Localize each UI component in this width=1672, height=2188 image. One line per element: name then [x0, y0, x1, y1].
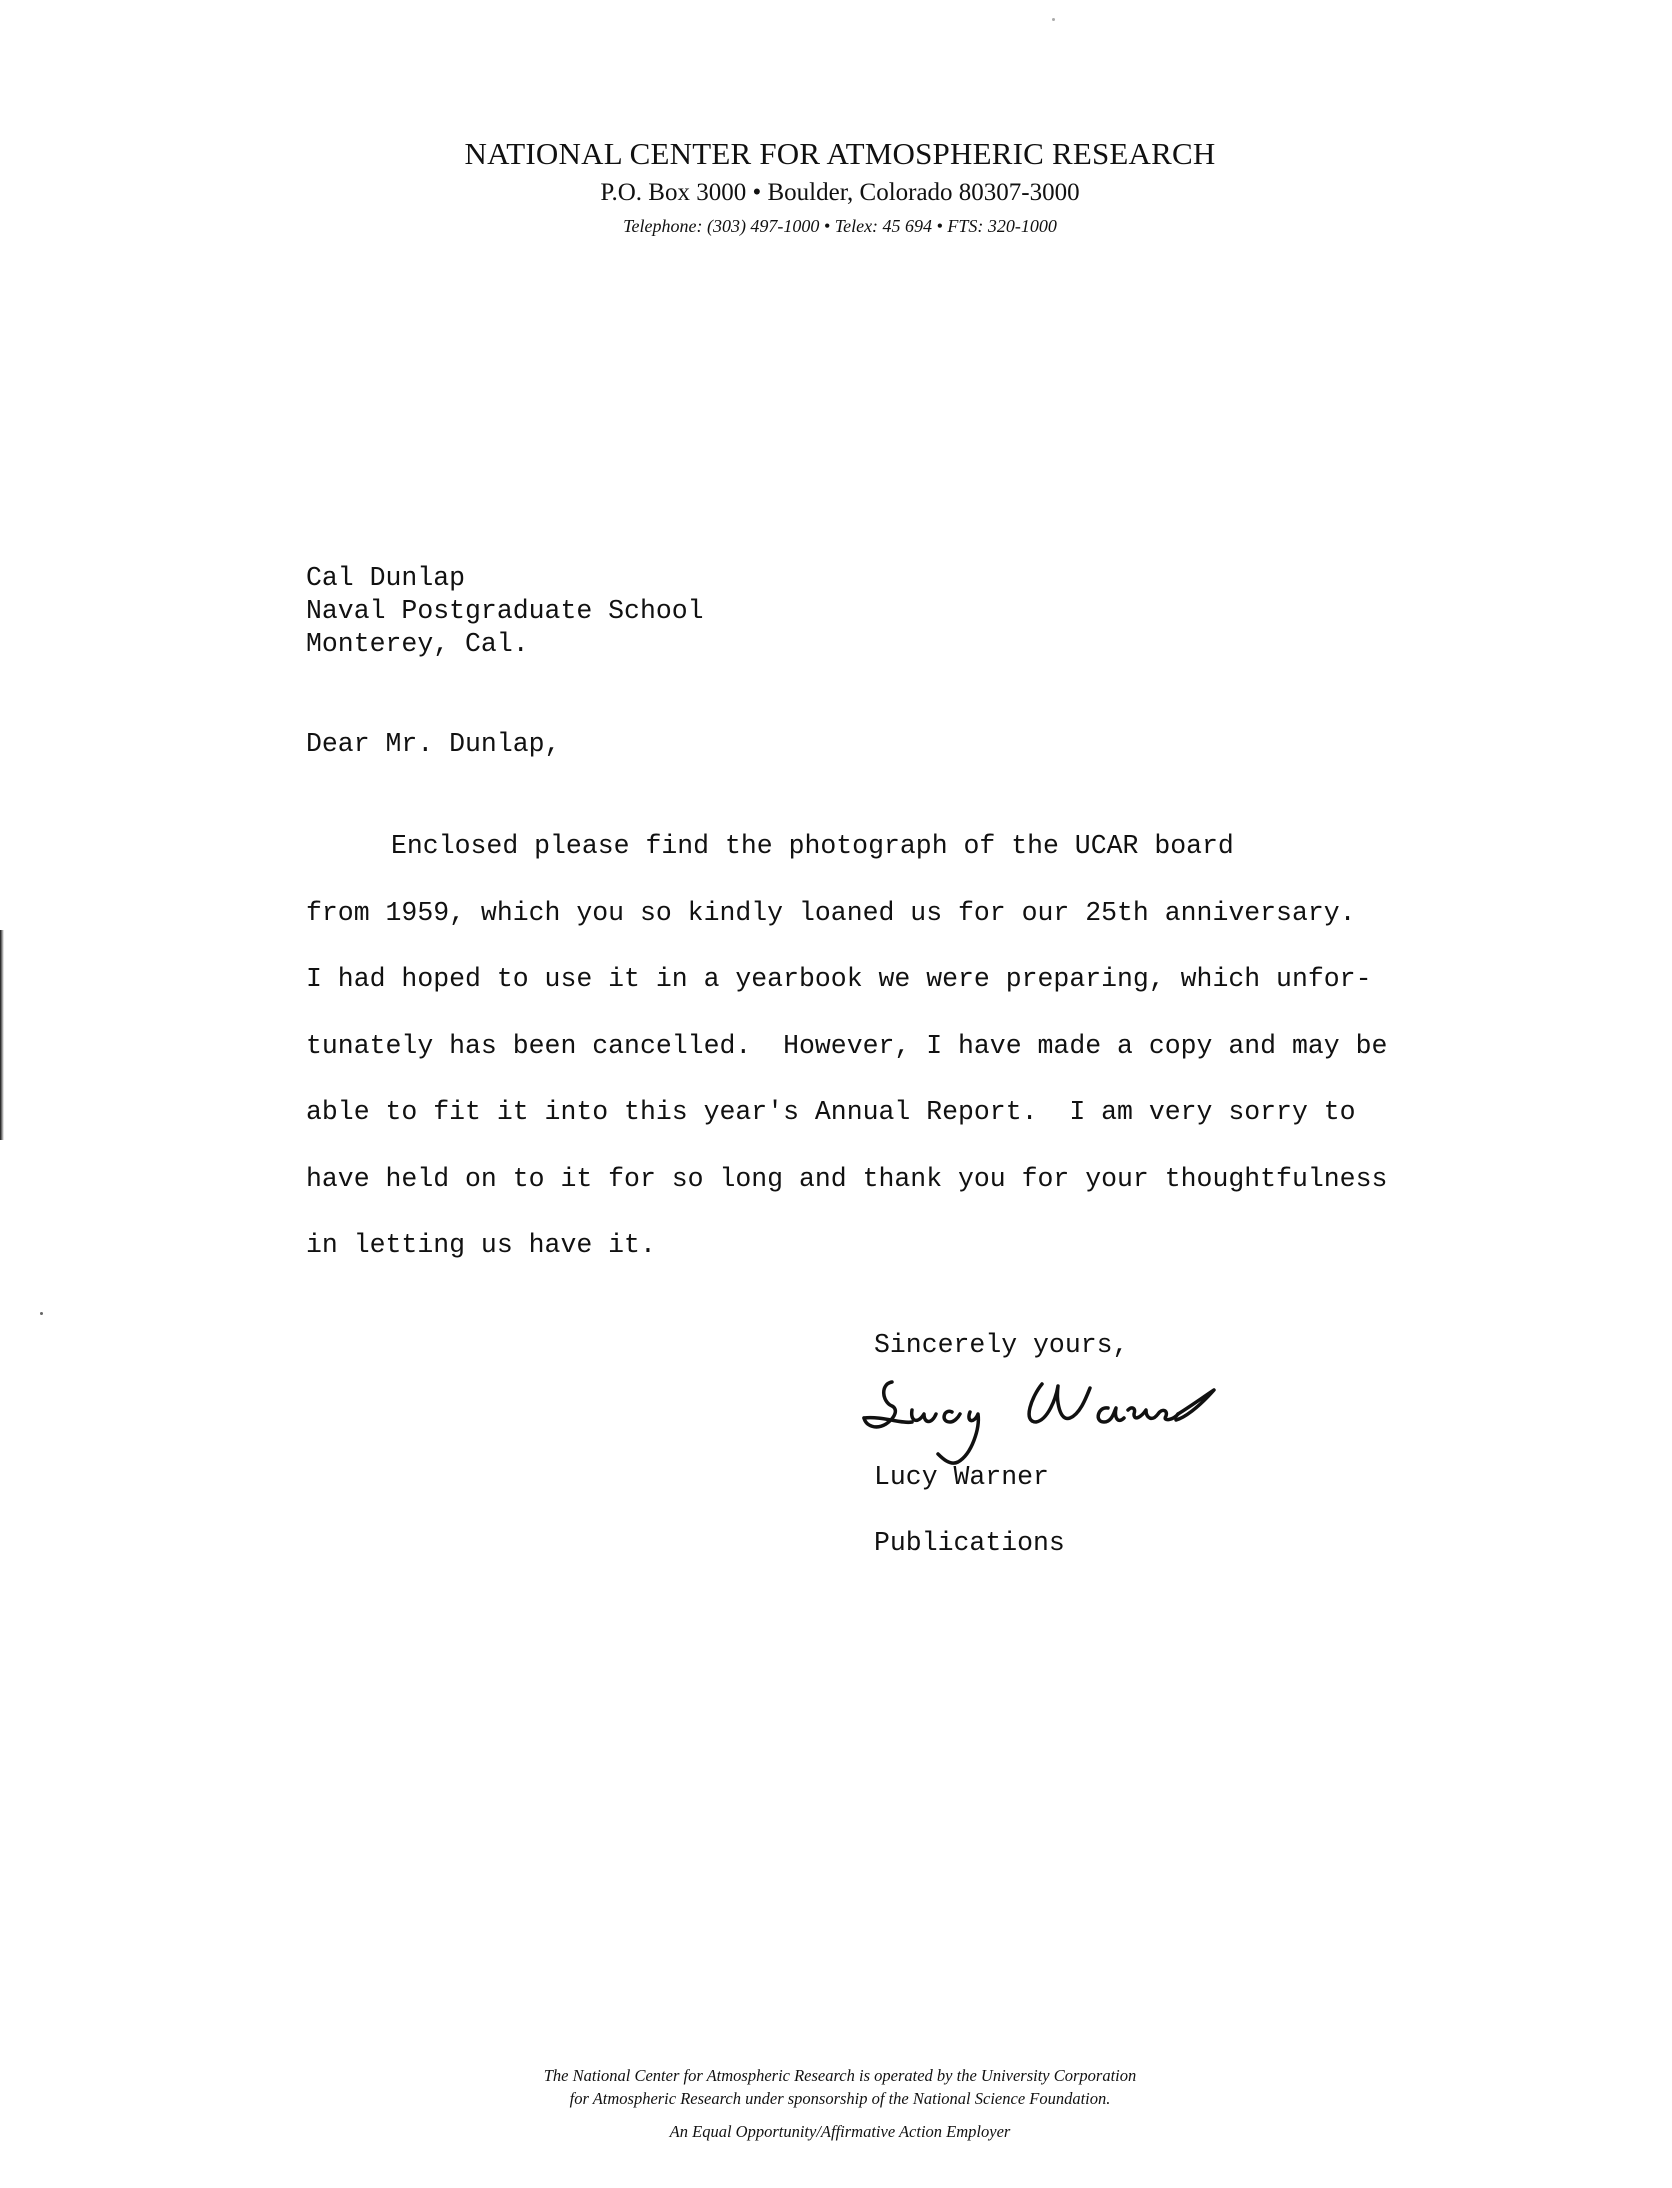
scan-speck: [40, 1312, 43, 1315]
organization-contact: Telephone: (303) 497-1000 • Telex: 45 69…: [440, 212, 1240, 240]
footer-operator-line: The National Center for Atmospheric Rese…: [440, 2064, 1240, 2087]
recipient-block: Cal Dunlap Naval Postgraduate School Mon…: [306, 562, 704, 661]
body-line: I had hoped to use it in a yearbook we w…: [306, 963, 1446, 1030]
footer-sponsor-line: for Atmospheric Research under sponsorsh…: [440, 2087, 1240, 2110]
organization-name: NATIONAL CENTER FOR ATMOSPHERIC RESEARCH: [440, 134, 1240, 174]
closing: Sincerely yours,: [874, 1330, 1128, 1360]
body-line: tunately has been cancelled. However, I …: [306, 1030, 1446, 1097]
signer-department: Publications: [874, 1528, 1065, 1558]
body-line: Enclosed please find the photograph of t…: [306, 830, 1446, 897]
recipient-name: Cal Dunlap: [306, 562, 704, 595]
body-line: from 1959, which you so kindly loaned us…: [306, 897, 1446, 964]
footer-eeo-statement: An Equal Opportunity/Affirmative Action …: [440, 2120, 1240, 2143]
signer-name: Lucy Warner: [874, 1462, 1049, 1492]
letterhead-footer: The National Center for Atmospheric Rese…: [440, 2064, 1240, 2143]
recipient-location: Monterey, Cal.: [306, 628, 704, 661]
scan-edge-shadow: [0, 930, 4, 1140]
body-line: able to fit it into this year's Annual R…: [306, 1096, 1446, 1163]
letter-body: Enclosed please find the photograph of t…: [306, 830, 1446, 1296]
body-line: have held on to it for so long and thank…: [306, 1163, 1446, 1230]
scan-speck: [1052, 18, 1055, 21]
body-line: in letting us have it.: [306, 1229, 1446, 1296]
organization-address: P.O. Box 3000 • Boulder, Colorado 80307-…: [440, 176, 1240, 210]
recipient-institution: Naval Postgraduate School: [306, 595, 704, 628]
handwritten-signature: [862, 1362, 1242, 1472]
letterhead: NATIONAL CENTER FOR ATMOSPHERIC RESEARCH…: [440, 134, 1240, 240]
salutation: Dear Mr. Dunlap,: [306, 729, 560, 759]
